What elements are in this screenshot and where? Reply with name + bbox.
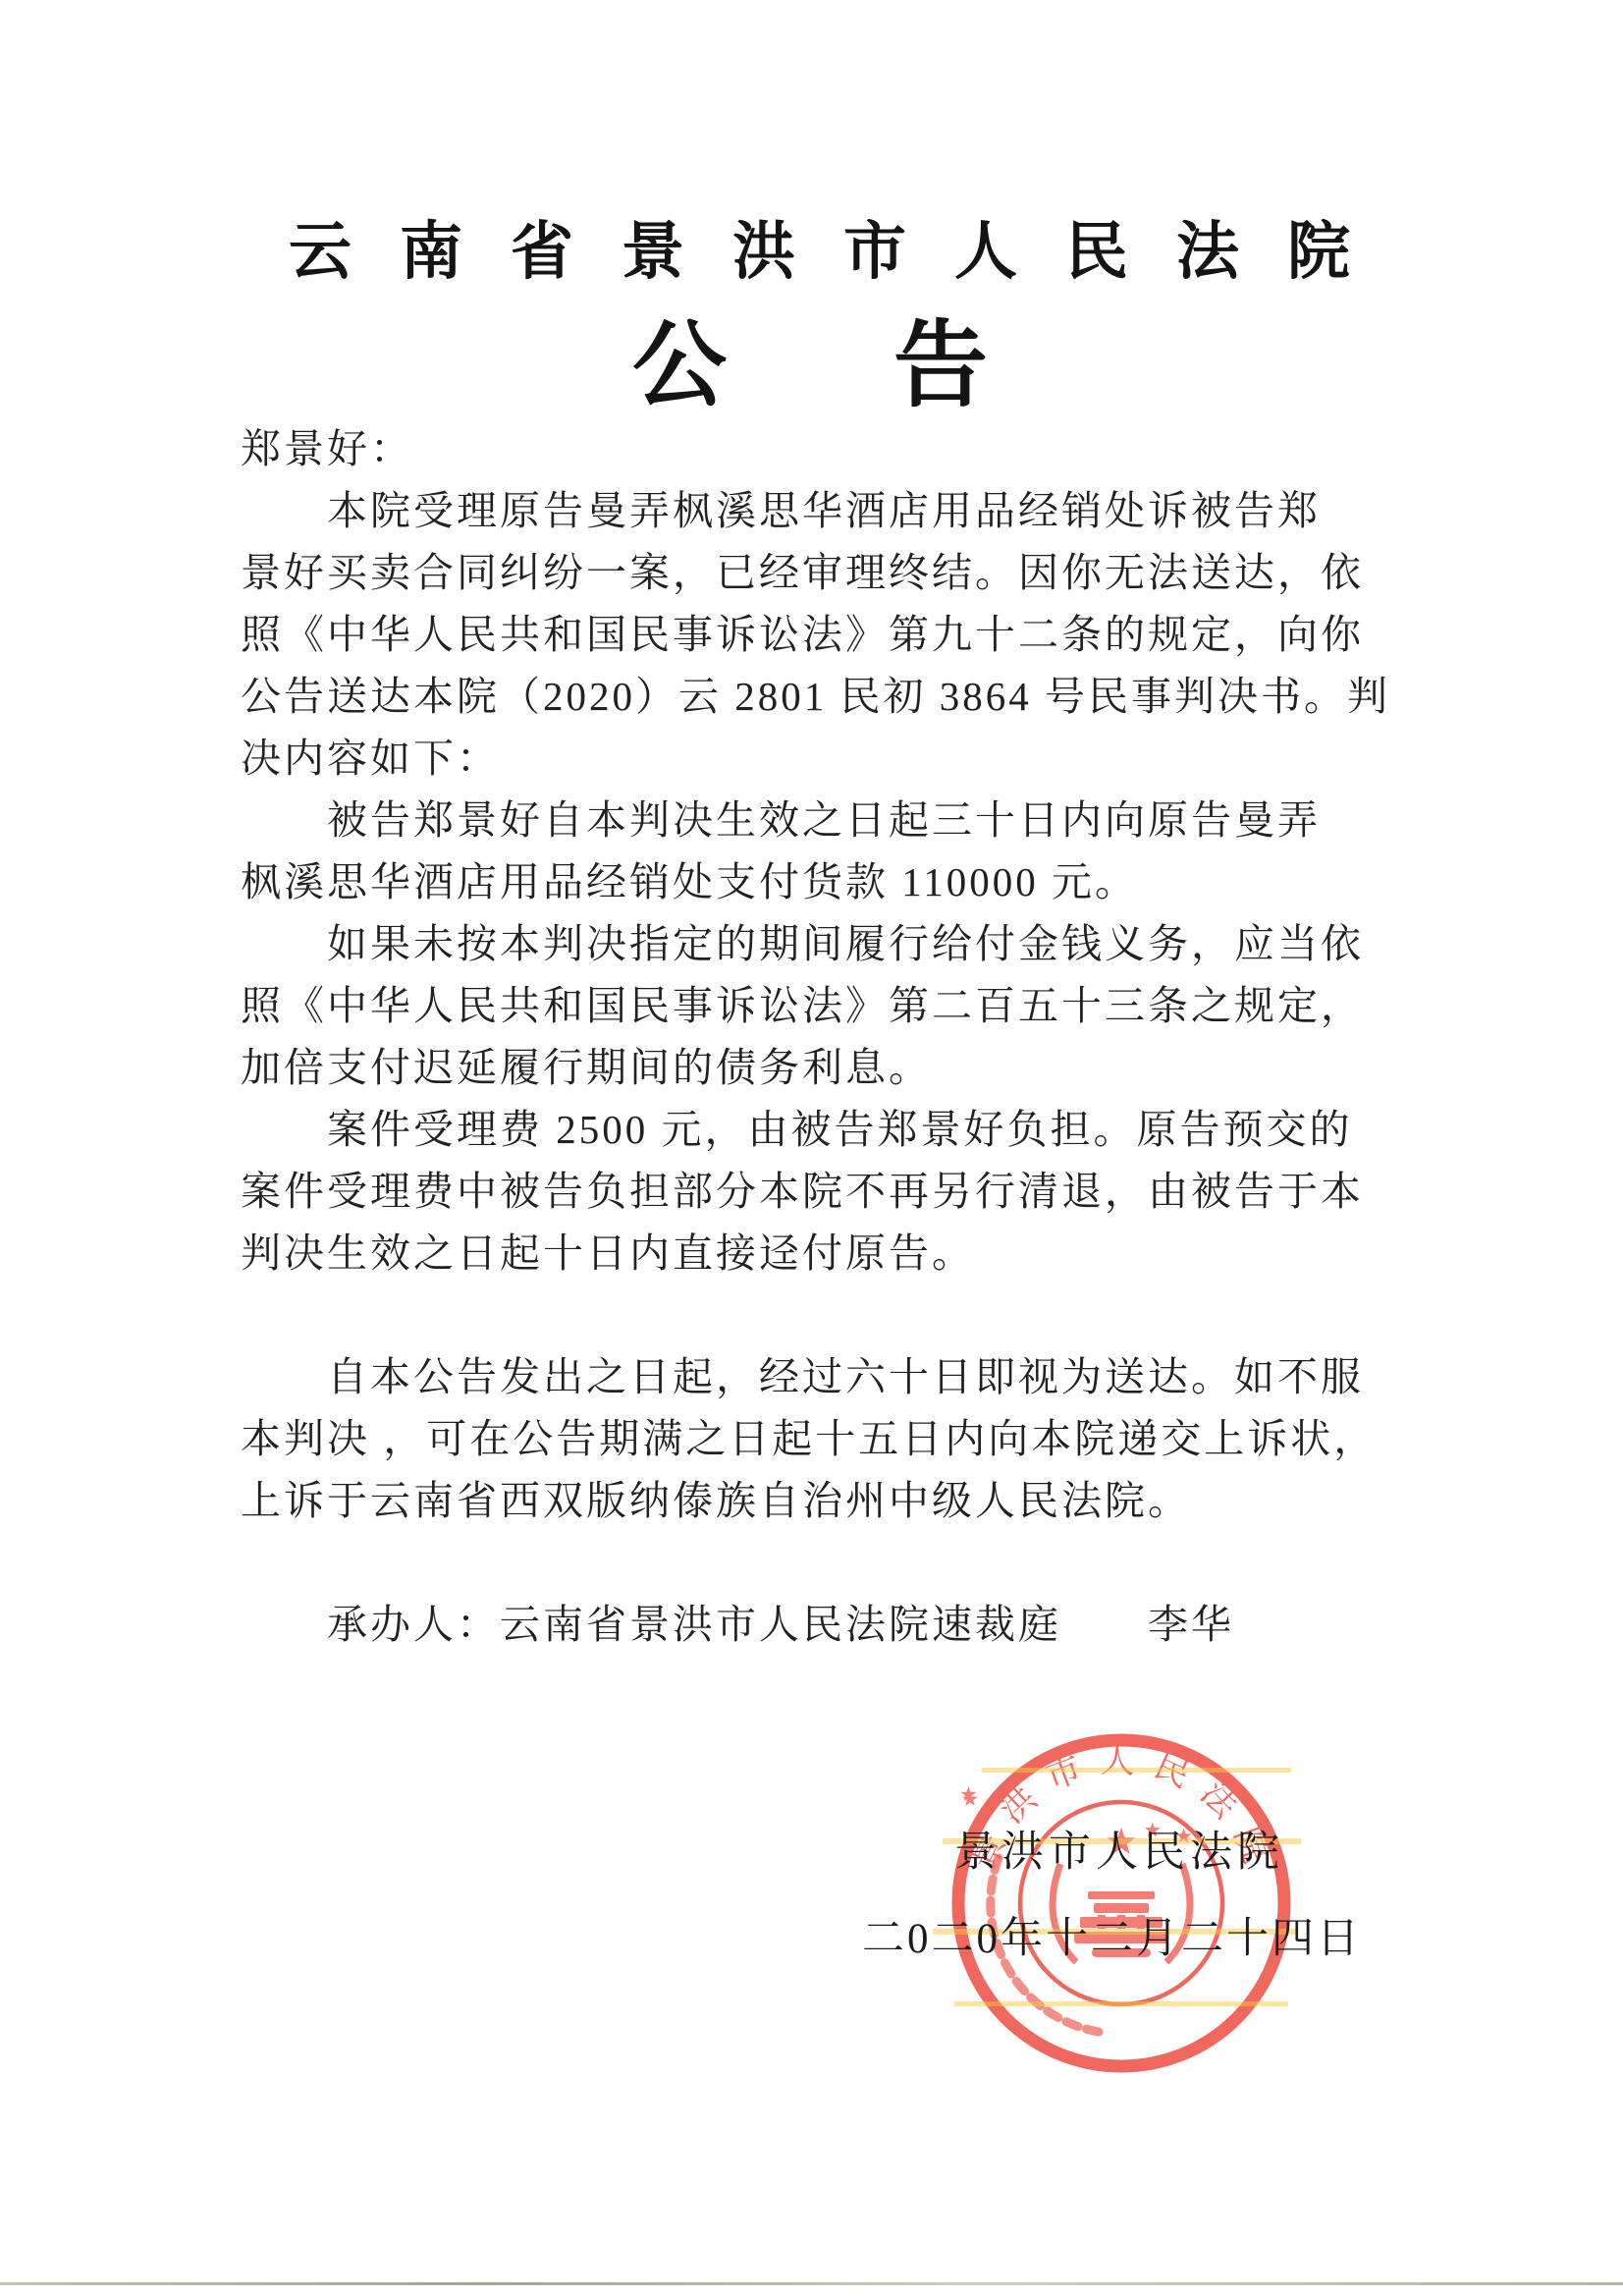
court-name-title: 云南省景洪市人民法院 [241, 201, 1380, 292]
body-line: 本院受理原告曼弄枫溪思华酒店用品经销处诉被告郑 [241, 480, 1384, 542]
official-seal: 景洪市人民法院 [945, 1726, 1298, 2080]
scanned-court-announcement-page: 云南省景洪市人民法院 公告 郑景好：本院受理原告曼弄枫溪思华酒店用品经销处诉被告… [0, 0, 1623, 2296]
body-line: 承办人：云南省景洪市人民法院速裁庭 李华 [241, 1594, 1384, 1656]
seal-court-name: 景洪市人民法院 [913, 1819, 1325, 1879]
body-line: 本判决 ，可在公告期满之日起十五日内向本院递交上诉状， [241, 1408, 1384, 1470]
body-line: 如果未按本判决指定的期间履行给付金钱义务，应当依 [241, 913, 1384, 975]
body-line: 枫溪思华酒店用品经销处支付货款 110000 元。 [241, 851, 1384, 913]
body-line: 加倍支付迟延履行期间的债务利息。 [241, 1037, 1384, 1099]
body-line: 郑景好： [241, 418, 1384, 480]
official-seal-graphic: 景洪市人民法院 [945, 1726, 1298, 2080]
body-line: 自本公告发出之日起，经过六十日即视为送达。如不服 [241, 1346, 1384, 1408]
seal-date: 二0二0年十二月二十四日 [844, 1905, 1380, 1965]
body-line: 上诉于云南省西双版纳傣族自治州中级人民法院。 [241, 1470, 1384, 1532]
body-line: 案件受理费 2500 元，由被告郑景好负担。原告预交的 [241, 1099, 1384, 1161]
scan-page-edge-line [0, 2282, 1623, 2285]
body-line: 照《中华人民共和国民事诉讼法》第二百五十三条之规定， [241, 975, 1384, 1037]
scan-artifact-streak [954, 2001, 1288, 2006]
body-line: 判决生效之日起十日内直接迳付原告。 [241, 1223, 1384, 1285]
body-line: 景好买卖合同纠纷一案，已经审理终结。因你无法送达，依 [241, 542, 1384, 604]
body-line: 案件受理费中被告负担部分本院不再另行清退，由被告于本 [241, 1161, 1384, 1223]
body-line: 决内容如下： [241, 728, 1384, 790]
body-line: 被告郑景好自本判决生效之日起三十日内向原告曼弄 [241, 790, 1384, 851]
body-line: 照《中华人民共和国民事诉讼法》第九十二条的规定，向你 [241, 604, 1384, 666]
scan-artifact-streak [982, 1768, 1291, 1773]
announcement-title: 公告 [241, 291, 1380, 425]
body-line: 公告送达本院（2020）云 2801 民初 3864 号民事判决书。判 [241, 666, 1384, 728]
document-body: 郑景好：本院受理原告曼弄枫溪思华酒店用品经销处诉被告郑景好买卖合同纠纷一案，已经… [241, 418, 1384, 1656]
